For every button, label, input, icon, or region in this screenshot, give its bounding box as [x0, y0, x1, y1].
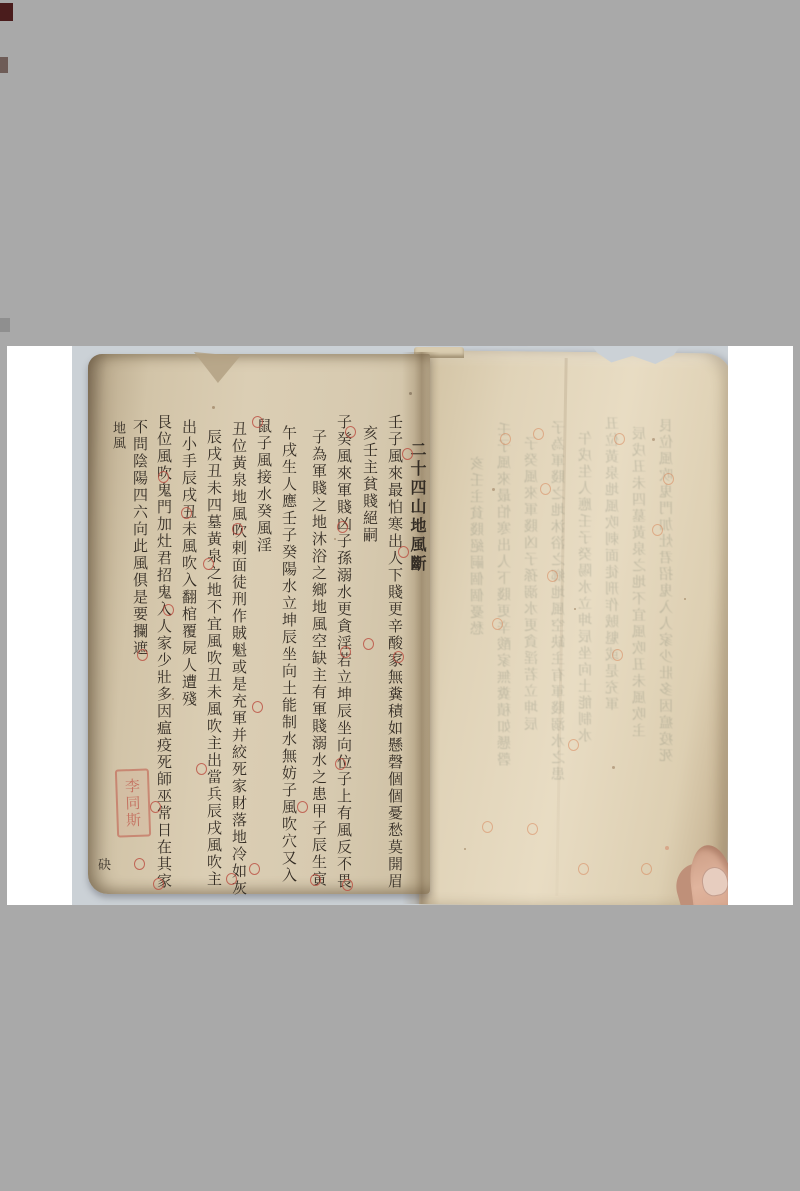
text-column: 辰戌丑未四墓黃泉之地不宜風吹丑未風吹主出當兵辰戌風吹主	[203, 429, 225, 888]
book-gutter	[402, 352, 440, 904]
reading-mark-icon	[335, 758, 346, 770]
reading-mark-icon	[402, 448, 413, 460]
text-column: 地風	[106, 421, 128, 451]
faint-reading-mark-icon	[663, 473, 674, 485]
reading-mark-icon	[345, 426, 356, 438]
faint-reading-mark-icon	[612, 649, 623, 661]
reading-mark-icon	[153, 878, 164, 890]
faint-reading-mark-icon	[614, 433, 625, 445]
paper-speck	[314, 828, 316, 830]
reading-mark-icon	[337, 521, 348, 533]
bleedthrough-column: 子為軍賤之地沐浴之鄉地風空缺主有軍賤溺水之患	[549, 420, 569, 783]
reading-mark-icon	[310, 874, 321, 886]
faint-reading-mark-icon	[547, 570, 558, 582]
reading-mark-icon	[137, 649, 148, 661]
reading-mark-icon	[252, 701, 263, 713]
seal-text: 李同斯	[122, 777, 145, 829]
faint-reading-mark-icon	[482, 821, 493, 833]
text-column: 子為軍賤之地沐浴之鄉地風空缺主有軍賤溺水之患甲子辰生寅	[308, 429, 330, 888]
faint-reading-mark-icon	[641, 863, 652, 875]
reading-mark-icon	[297, 801, 308, 813]
text-column: 丑位黃泉地風吹剌面徒刑作賊魁或是充軍并絞死家財落地冷如灰	[228, 421, 250, 897]
page-corner-mark: 砄	[98, 854, 111, 873]
reading-mark-icon	[342, 879, 353, 891]
bleedthrough-column: 艮位風吹鬼門加灶君招鬼入人家少壯多因瘟疫死	[657, 418, 677, 765]
bleedthrough-column: 丑位黃泉地風吹剌面徒刑作賊魁或是充軍	[603, 416, 623, 713]
paper-speck	[409, 392, 412, 395]
text-column: 艮位風吹鬼門加灶君招鬼入人家少壯多因瘟疫死師巫常日在其家	[153, 414, 175, 890]
book-photo: 艮位風吹鬼門加灶君招鬼入人家少壯多因瘟疫死辰戌丑未四墓黃泉之地不宜風吹丑未風吹主…	[72, 346, 728, 905]
reading-mark-icon	[252, 416, 263, 428]
faint-reading-mark-icon	[533, 428, 544, 440]
reading-mark-icon	[203, 558, 214, 570]
bleedthrough-column: 辰戌丑未四墓黃泉之地不宜風吹丑未風吹主	[630, 426, 650, 740]
right-page	[419, 350, 728, 905]
reading-mark-icon	[181, 507, 192, 519]
bleedthrough-column: 亥壬主貧賤絕嗣個個憂愁	[468, 456, 488, 638]
faint-reading-mark-icon	[492, 618, 503, 630]
thumb	[676, 840, 728, 905]
reading-mark-icon	[232, 523, 243, 535]
reading-mark-icon	[340, 646, 351, 658]
title-column: 二十四山地風斷	[406, 441, 428, 574]
text-column: 亥壬主貧賤絕嗣	[359, 425, 381, 544]
reading-mark-icon	[158, 471, 169, 483]
faint-reading-mark-icon	[652, 524, 663, 536]
reading-mark-icon	[398, 546, 409, 558]
bleedthrough-column: 子癸風來軍賤凶子孫溺水更貪淫若立坤辰	[522, 436, 542, 733]
paper-speck	[652, 438, 655, 441]
paper-speck	[574, 608, 576, 610]
faint-reading-mark-icon	[500, 433, 511, 445]
faint-reading-mark-icon	[527, 823, 538, 835]
paper-speck	[334, 538, 336, 540]
reading-mark-icon	[363, 638, 374, 650]
faint-reading-mark-icon	[540, 483, 551, 495]
bleedthrough-column: 壬子風來最怕寒出人下賤更辛酸家無糞積如懸磬	[495, 422, 515, 769]
faint-reading-mark-icon	[568, 739, 579, 751]
reading-mark-icon	[163, 604, 174, 616]
text-column: 不問陰陽四六向此風俱是要攔遮	[129, 419, 151, 657]
faint-reading-mark-icon	[578, 863, 589, 875]
reading-mark-icon	[226, 873, 237, 885]
paper-speck	[172, 698, 174, 700]
red-seal: 李同斯	[115, 768, 151, 837]
paper-speck	[684, 598, 686, 600]
reading-mark-icon	[134, 858, 145, 870]
paper-speck	[212, 406, 215, 409]
text-column: 出小手辰戌丑未風吹入翻棺覆屍人遭殘	[178, 419, 200, 708]
edge-artifact-icon	[0, 3, 13, 21]
text-column: 鼠子風接水癸風淫	[253, 418, 275, 554]
reading-mark-icon	[196, 763, 207, 775]
paper-speck	[492, 488, 495, 491]
reading-mark-icon	[150, 801, 161, 813]
paper-speck	[665, 846, 669, 850]
reading-mark-icon	[249, 863, 260, 875]
paper-speck	[612, 766, 615, 769]
edge-artifact-icon	[0, 57, 8, 73]
text-column: 午戌生人應壬子癸陽水立坤辰坐向土能制水無妨子風吹穴又入	[278, 425, 300, 884]
paper-speck	[464, 848, 466, 850]
reading-mark-icon	[393, 651, 404, 663]
edge-artifact-icon	[0, 318, 10, 332]
bleedthrough-column: 午戌生人應壬子癸陽水立坤辰坐向土能制水	[576, 431, 596, 745]
